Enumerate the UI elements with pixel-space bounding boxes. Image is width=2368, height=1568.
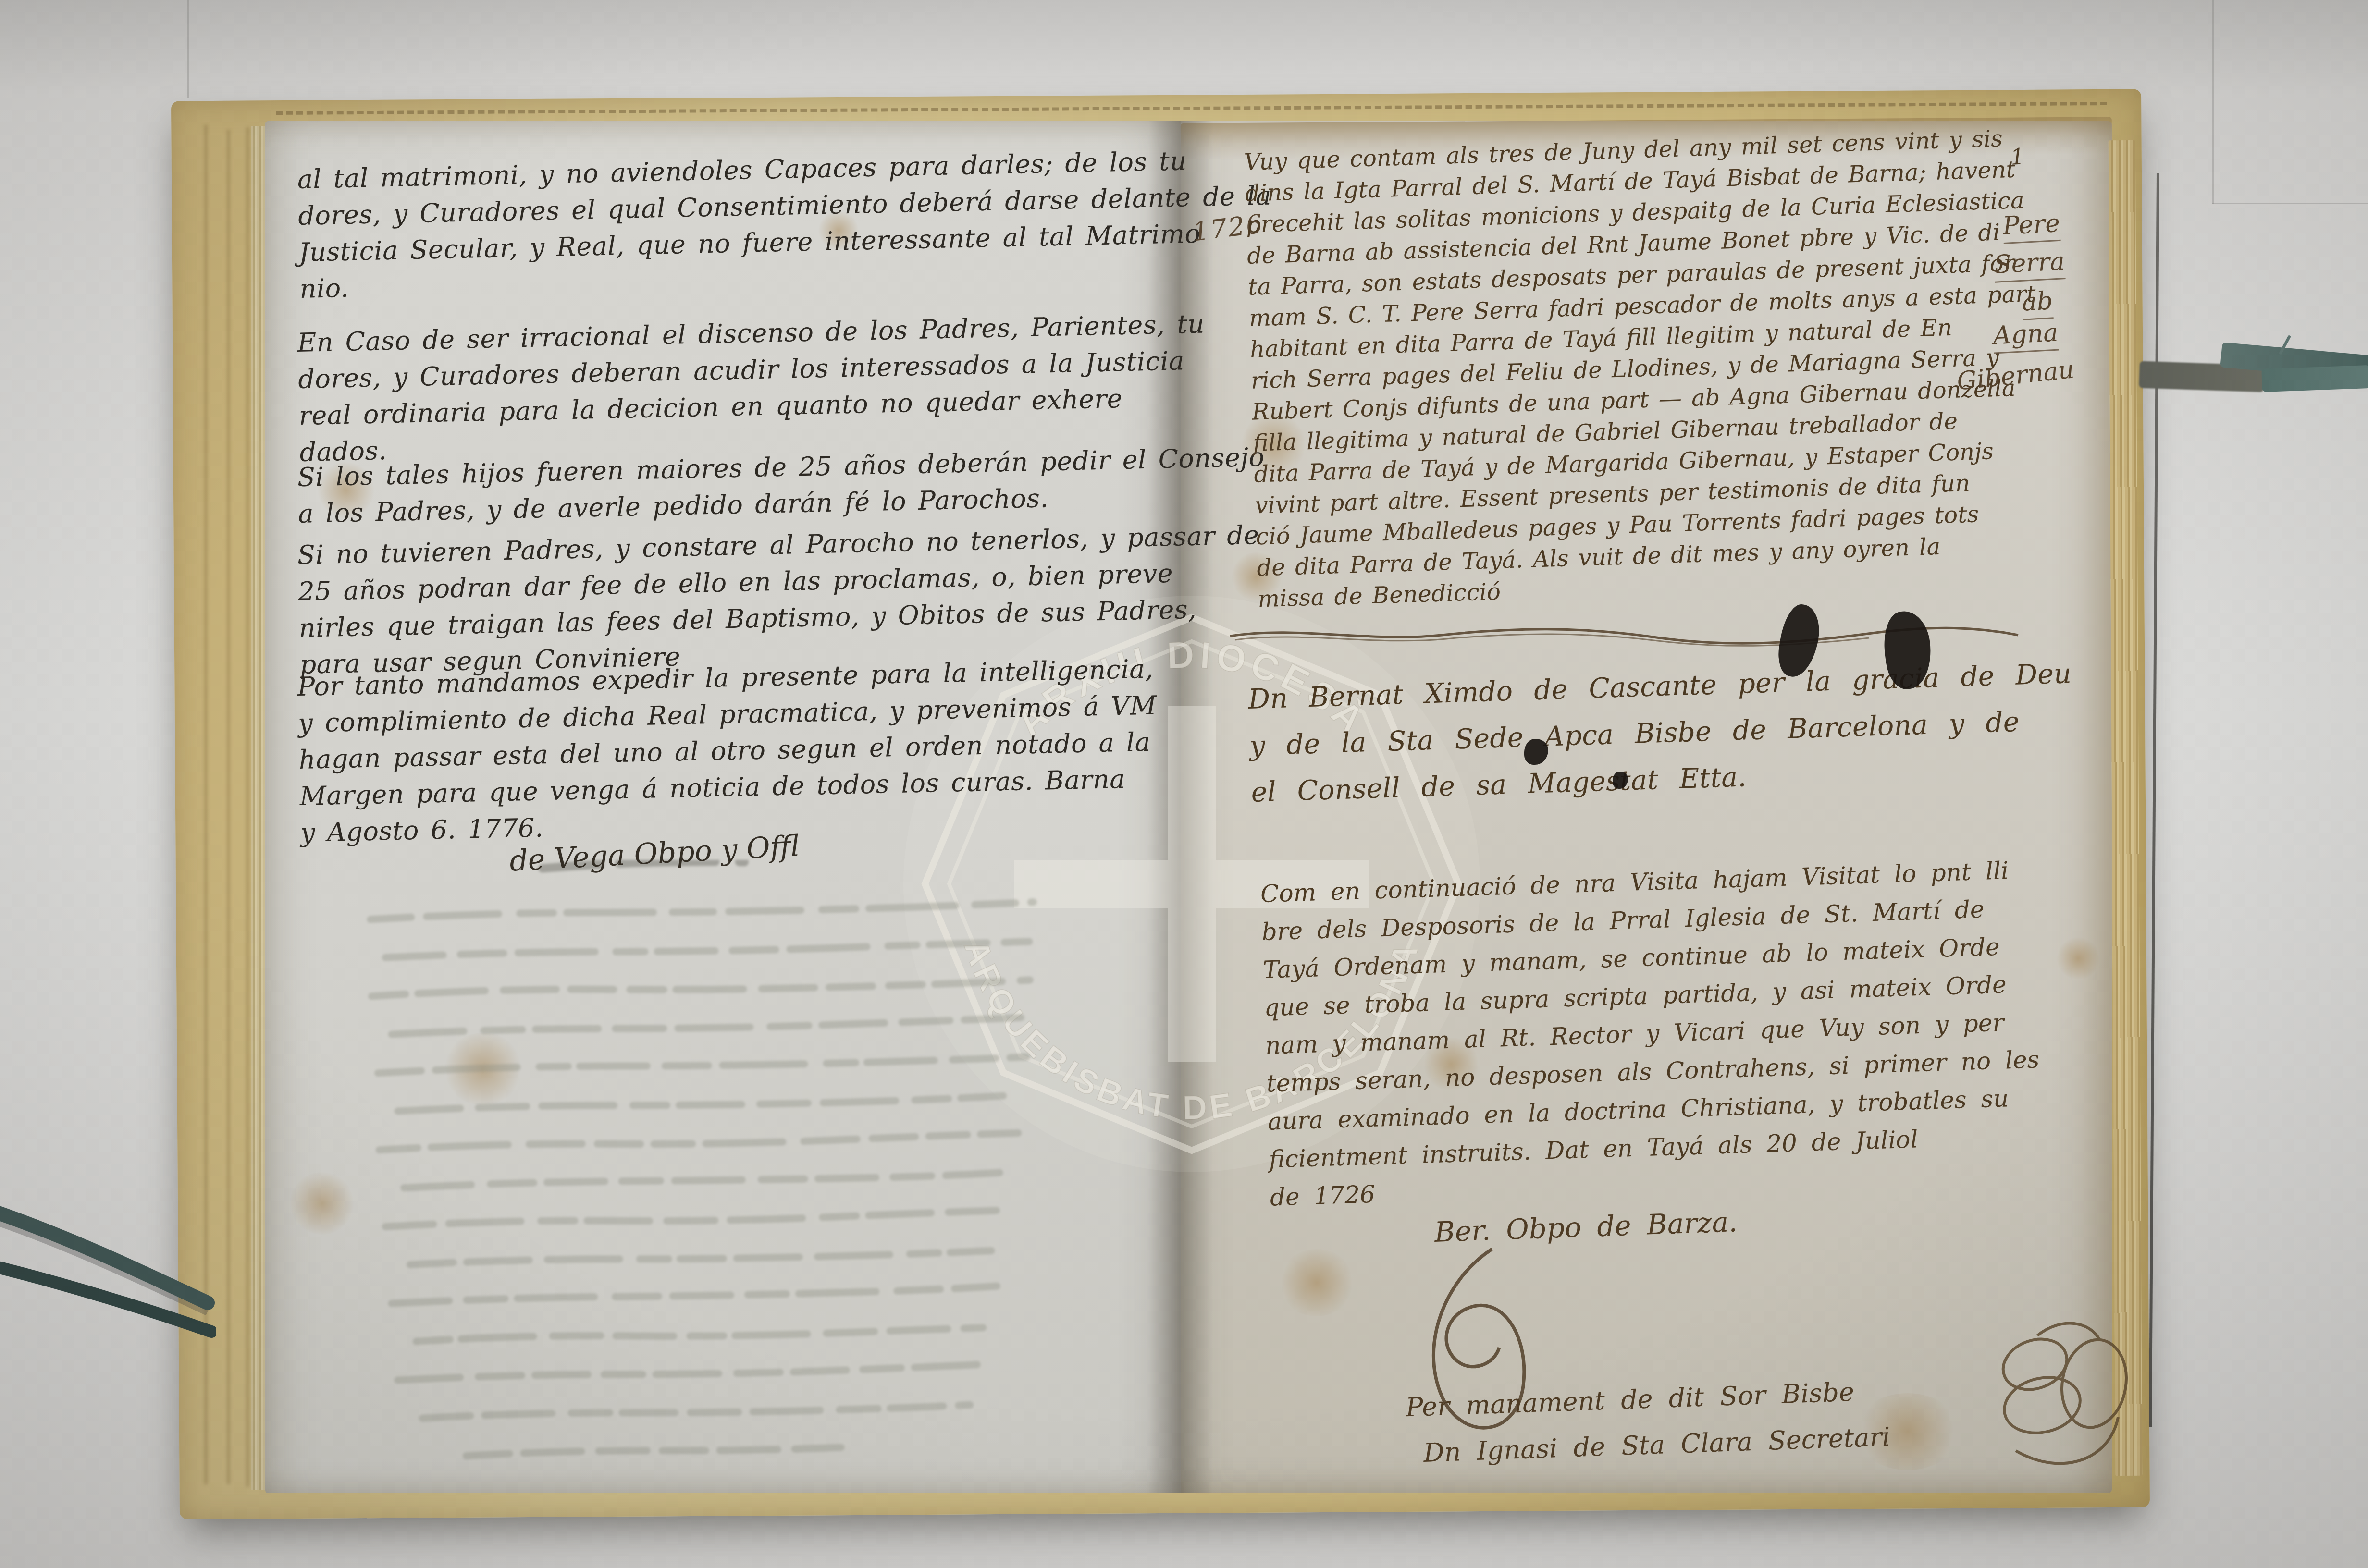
bishop-rubric-flourish [1408, 1239, 1562, 1460]
secretary-rubric-flourish [1965, 1307, 2138, 1489]
margin-name-groom-surname: Serra [1993, 247, 2065, 283]
stain-spot [1278, 1249, 1355, 1316]
page-stack-left-edge [251, 126, 267, 1490]
pragmatica-paragraph: Por tanto mandamos expedir la presente p… [297, 651, 1159, 851]
margin-name-groom: Pere [2002, 209, 2060, 244]
cover-crease [227, 130, 230, 1484]
backdrop-seam [187, 0, 189, 98]
marriage-entry: Vuy que contam als tres de Juny del any … [1244, 122, 2045, 615]
fabric-tie-right [2139, 342, 2368, 404]
backdrop-seam [2212, 203, 2368, 204]
fabric-tie-left [0, 1182, 216, 1393]
stain-spot [288, 1172, 356, 1235]
photo-backdrop: ARXIU DIOCESÀ ARQUEBISBAT DE BARCELONA [0, 0, 2368, 1568]
bleed-through-text [346, 860, 1163, 1480]
episcopal-visita-body: Com en continuació de nra Visita hajam V… [1260, 851, 2044, 1216]
backdrop-seam [2212, 0, 2214, 204]
tie-strand [2261, 365, 2368, 392]
pragmatica-paragraph: al tal matrimoni, y no aviendoles Capace… [297, 141, 1273, 307]
margin-name-bride: Agna [1992, 318, 2059, 354]
cover-crease [246, 127, 249, 1487]
stain-spot [2057, 937, 2100, 980]
margin-conjunction: ab [2021, 286, 2054, 320]
episcopal-visita-heading: Dn Bernat Ximdo de Cascante per la graci… [1247, 650, 2075, 816]
